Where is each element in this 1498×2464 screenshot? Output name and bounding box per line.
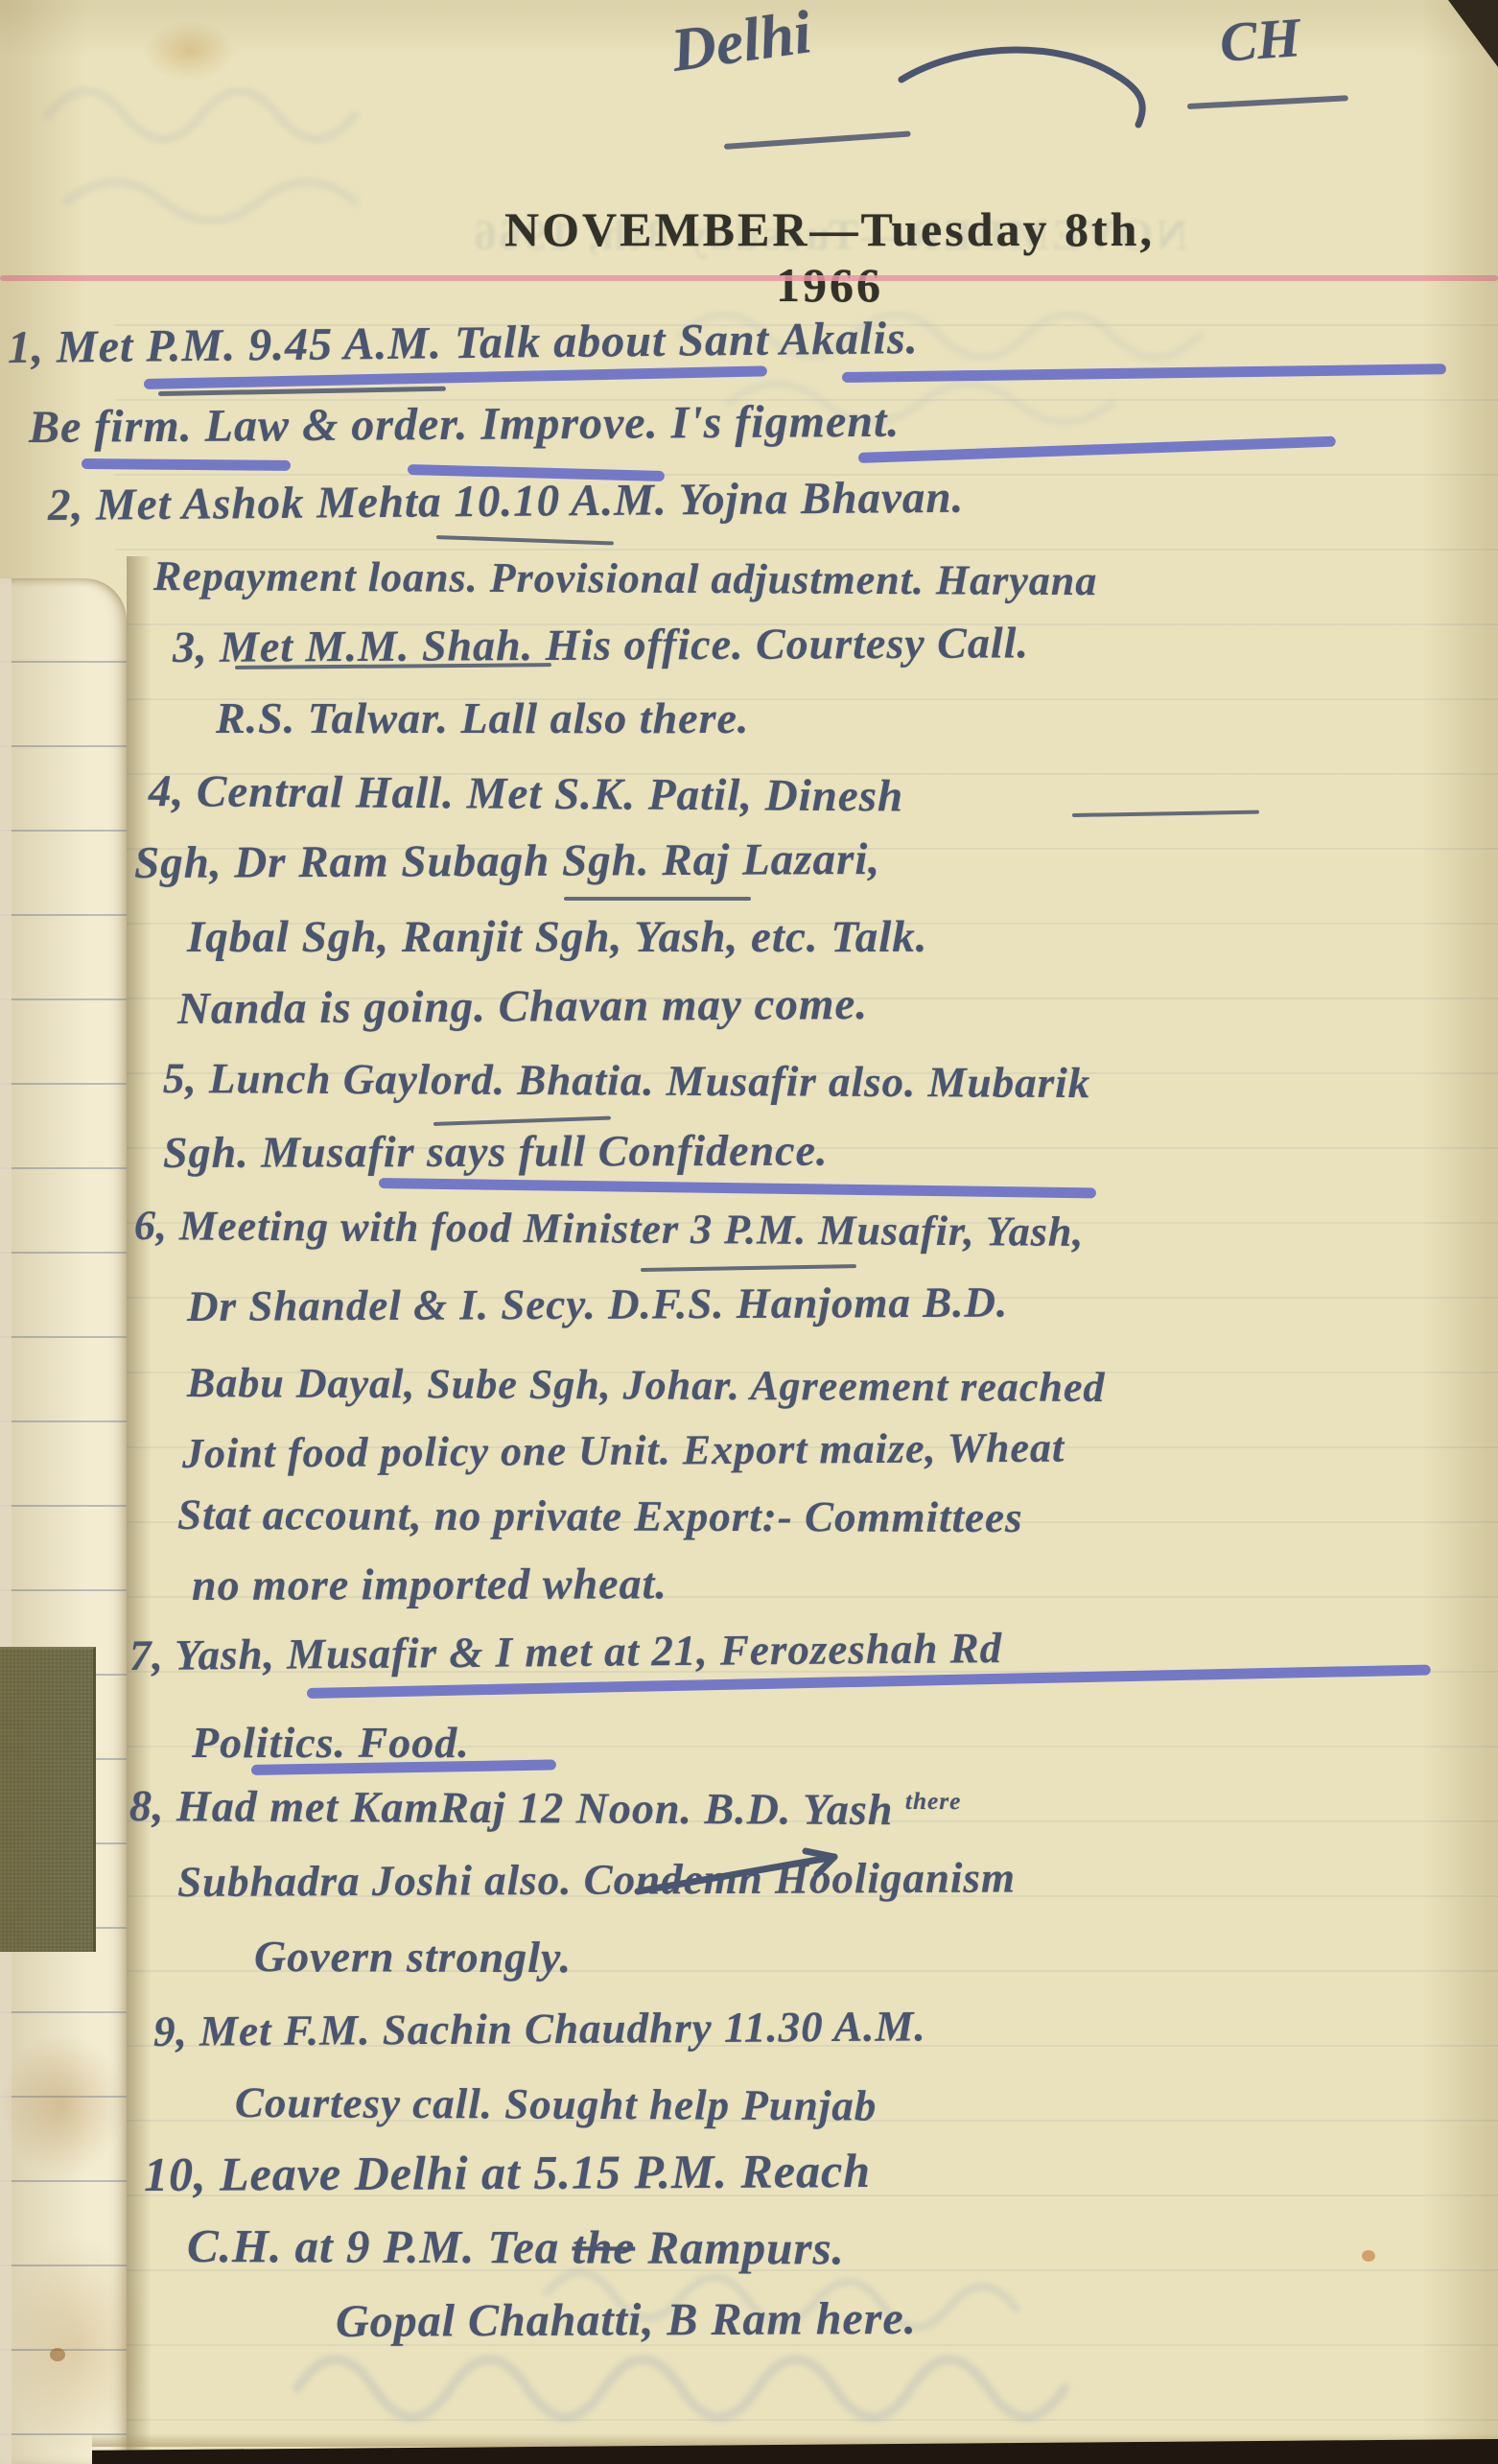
diary-text: 5, Lunch Gaylord. Bhatia. Musafir also. … (163, 1054, 1090, 1107)
diary-line: Nanda is going. Chavan may come. (177, 978, 868, 1035)
diary-line: Stat account, no private Export:- Commit… (177, 1490, 1023, 1542)
diary-line: Subhadra Joshi also. Condemn Hooliganism (177, 1852, 1016, 1907)
ink-underline (641, 1264, 856, 1272)
diary-text: 10, Leave Delhi at 5.15 P.M. Reach (144, 2144, 871, 2201)
diary-line: 4, Central Hall. Met S.K. Patil, Dinesh (149, 765, 904, 822)
ink-underline (564, 897, 751, 901)
diary-line: Sgh. Musafir says full Confidence. (163, 1125, 829, 1178)
diary-text: 6, Meeting with food Minister 3 P.M. Mus… (134, 1202, 1085, 1255)
diary-text: Subhadra Joshi also. Condemn Hooliganism (177, 1853, 1016, 1906)
diary-line: Courtesy call. Sought help Punjab (235, 2077, 878, 2131)
diary-text: 2, Met Ashok Mehta 10.10 A.M. Yojna Bhav… (48, 473, 965, 530)
diary-text: no more imported wheat. (192, 1559, 667, 1609)
diary-text: 7, Yash, Musafir & I met at 21, Ferozesh… (129, 1624, 1003, 1679)
diary-text: Politics. Food. (192, 1718, 470, 1767)
handwriting-layer: 1, Met P.M. 9.45 A.M. Talk about Sant Ak… (0, 0, 1498, 2464)
blue-marker-underline (842, 364, 1446, 383)
diary-line: 10, Leave Delhi at 5.15 P.M. Reach (144, 2143, 871, 2202)
diary-line: 8, Had met KamRaj 12 Noon. B.D. Yash the… (129, 1780, 962, 1836)
diary-text: Iqbal Sgh, Ranjit Sgh, Yash, etc. Talk. (187, 912, 928, 962)
diary-line: R.S. Talwar. Lall also there. (216, 692, 749, 743)
diary-text: Nanda is going. Chavan may come. (177, 979, 868, 1034)
diary-text: Stat account, no private Export:- Commit… (177, 1490, 1023, 1541)
superscript-word: there (905, 1788, 962, 1815)
diary-text: 3, Met M.M. Shah. His office. Courtesy C… (173, 618, 1029, 671)
diary-text: 1, Met P.M. 9.45 A.M. Talk about Sant Ak… (8, 313, 919, 373)
diary-line: Iqbal Sgh, Ranjit Sgh, Yash, etc. Talk. (187, 911, 928, 963)
diary-text: Babu Dayal, Sube Sgh, Johar. Agreement r… (187, 1359, 1106, 1411)
diary-line: Babu Dayal, Sube Sgh, Johar. Agreement r… (187, 1358, 1106, 1412)
blue-marker-underline (379, 1178, 1096, 1198)
diary-text: Gopal Chahatti, B Ram here. (336, 2293, 917, 2347)
diary-line: 1, Met P.M. 9.45 A.M. Talk about Sant Ak… (8, 312, 919, 374)
diary-text: Repayment loans. Provisional adjustment.… (153, 552, 1098, 604)
diary-text: 8, Had met KamRaj 12 Noon. B.D. Yash (129, 1781, 905, 1834)
struck-word: the (572, 2220, 635, 2273)
ink-underline (724, 130, 911, 150)
diary-text: R.S. Talwar. Lall also there. (216, 693, 749, 742)
diary-line: Joint food policy one Unit. Export maize… (182, 1423, 1065, 1478)
ink-underline (1072, 810, 1259, 817)
diary-line: Repayment loans. Provisional adjustment.… (153, 551, 1098, 605)
diary-line: 2, Met Ashok Mehta 10.10 A.M. Yojna Bhav… (48, 472, 965, 531)
diary-text: Dr Shandel & I. Secy. D.F.S. Hanjoma B.D… (187, 1279, 1008, 1330)
diary-line: 5, Lunch Gaylord. Bhatia. Musafir also. … (163, 1053, 1090, 1108)
diary-line: no more imported wheat. (192, 1558, 667, 1610)
diary-line: Gopal Chahatti, B Ram here. (336, 2292, 917, 2348)
ink-underline (433, 1116, 611, 1126)
blue-marker-underline (82, 458, 291, 471)
diary-line: Dr Shandel & I. Secy. D.F.S. Hanjoma B.D… (187, 1278, 1008, 1331)
diary-text: Sgh. Musafir says full Confidence. (163, 1126, 829, 1177)
diary-line: Be firm. Law & order. Improve. I's figme… (29, 395, 901, 454)
diary-text: C.H. at 9 P.M. Tea (187, 2219, 573, 2273)
diary-line: 3, Met M.M. Shah. His office. Courtesy C… (173, 617, 1029, 672)
diary-text: 9, Met F.M. Sachin Chaudhry 11.30 A.M. (153, 2002, 926, 2055)
diary-text: Sgh, Dr Ram Subagh Sgh. Raj Lazari, (134, 834, 880, 888)
diary-line: 7, Yash, Musafir & I met at 21, Ferozesh… (129, 1623, 1003, 1680)
diary-line: Politics. Food. (192, 1717, 470, 1768)
diary-line: Sgh, Dr Ram Subagh Sgh. Raj Lazari, (134, 833, 880, 889)
diary-line: C.H. at 9 P.M. Tea the Rampurs. (187, 2218, 845, 2275)
diary-line: 9, Met F.M. Sachin Chaudhry 11.30 A.M. (153, 2001, 926, 2056)
diary-text: Govern strongly. (254, 1932, 572, 1982)
ink-underline (1187, 95, 1348, 109)
diary-text: Be firm. Law & order. Improve. I's figme… (29, 396, 901, 453)
ink-underline (436, 535, 614, 545)
diary-text: Joint food policy one Unit. Export maize… (182, 1424, 1065, 1477)
kamraj-arrow-icon (633, 1843, 863, 1901)
diary-line: Govern strongly. (254, 1931, 572, 1983)
diary-text: Courtesy call. Sought help Punjab (235, 2078, 878, 2130)
diary-text: Rampurs. (635, 2221, 845, 2275)
diary-line: 6, Meeting with food Minister 3 P.M. Mus… (134, 1201, 1085, 1256)
diary-page: NOVEMBER—Tuesday 8th, 1966 NOVEMBER—Tues… (0, 0, 1498, 2464)
blue-marker-underline (858, 436, 1336, 463)
diary-text: 4, Central Hall. Met S.K. Patil, Dinesh (149, 766, 904, 821)
